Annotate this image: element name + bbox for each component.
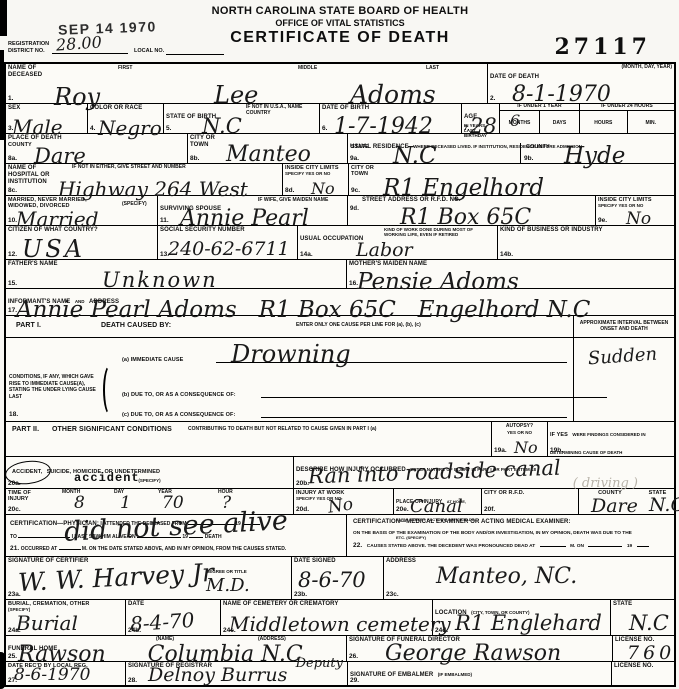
funeral-director-num: 26. (349, 653, 358, 660)
funeral-home-num: 25. (8, 653, 17, 660)
county-num: 8a. (8, 155, 17, 162)
certification-medical-examiner: CERTIFICATION—MEDICAL EXAMINER OR ACTING… (347, 515, 674, 556)
business-label: KIND OF BUSINESS OR INDUSTRY (500, 227, 672, 234)
field-manner-of-death: ACCIDENT, SUICIDE, HOMICIDE, OR UNDETERM… (6, 457, 294, 488)
occupation-sub: KIND OF WORK DONE DURING MOST OF WORKING… (384, 227, 484, 237)
embalmer-license-label: LICENSE NO. (614, 663, 672, 670)
cemetery-label: NAME OF CEMETERY OR CREMATORY (223, 601, 430, 608)
field-if-under-24-hours: IF UNDER 24 HOURS HOURS MIN. (580, 104, 674, 133)
field-certifier-address: ADDRESS 23c. Manteo, NC. (384, 557, 674, 599)
part1-body: (a) IMMEDIATE CAUSE Drowning CONDITIONS,… (6, 338, 574, 421)
field-embalmer-signature: SIGNATURE OF EMBALMER (IF EMBALMED) 29. (348, 662, 612, 685)
phys-line3: OCCURRED AT (21, 546, 57, 552)
cause-a-label: (a) IMMEDIATE CAUSE (122, 357, 183, 363)
date-received-value: 8-6-1970 (14, 667, 90, 684)
citizen-num: 12. (8, 251, 17, 258)
father-value: Unknown (102, 270, 218, 291)
month-value: 8 (74, 495, 85, 512)
age-num: 7. (464, 125, 469, 132)
part2-sub: CONTRIBUTING TO DEATH BUT NOT RELATED TO… (188, 427, 376, 433)
field-street-address: 9d. STREET ADDRESS OR R.F.D. NO. R1 Box … (348, 196, 596, 225)
manner-word-accident: ACCIDENT, (12, 469, 42, 475)
hospital-sub: IF NOT IN EITHER, GIVE STREET AND NUMBER (72, 165, 186, 171)
registrar-value: Delnoy Burrus (148, 666, 287, 685)
field-cemetery: NAME OF CEMETERY OR CREMATORY 24c. Middl… (221, 600, 433, 635)
field-injury-county: COUNTY Dare (579, 489, 641, 514)
day-value: 1 (120, 495, 131, 512)
hours-label: HOURS (594, 120, 612, 126)
findings-label: IF YES (550, 432, 568, 438)
field-inside-city-limits: INSIDE CITY LIMITS SPECIFY YES OR NO 8d.… (283, 164, 349, 195)
res-state-label: STATE (351, 144, 369, 150)
describe-value: Ran into roadside canal (308, 458, 561, 488)
field-hospital: NAME OF HOSPITAL OR INSTITUTION IF NOT I… (6, 164, 283, 195)
marital-sub: (SPECIFY) (122, 202, 147, 208)
icl-sub: SPECIFY YES OR NO (285, 171, 346, 176)
city-value: Manteo (226, 144, 311, 166)
registration-underline (52, 53, 128, 54)
address-num: 23c. (386, 591, 399, 598)
sex-label: SEX (8, 105, 85, 112)
days-cell: DAYS (540, 111, 579, 133)
field-place-of-death-county: PLACE OF DEATH COUNTY 8a. Dare (6, 134, 188, 163)
ssn-label: SOCIAL SECURITY NUMBER (160, 227, 295, 234)
manner-num: 20a. (8, 480, 21, 487)
res-county-label: COUNTY (526, 144, 550, 150)
field-sex: SEX 3. Male (6, 104, 88, 133)
part1-label: PART I. (16, 322, 41, 330)
registration-district-label: REGISTRATION DISTRICT NO. (8, 41, 54, 54)
mother-label: MOTHER'S MAIDEN NAME (349, 261, 672, 268)
place-of-injury-num: 20e. (396, 506, 409, 513)
field-informant: INFORMANT'S NAME AND ADDRESS 17. Annie P… (6, 289, 674, 315)
first-label: FIRST (118, 66, 132, 72)
burial-date-label: DATE (128, 601, 218, 608)
field-surviving-spouse: SURVIVING SPOUSE IF WIFE, GIVE MAIDEN NA… (158, 196, 348, 225)
res-city-label: CITY OR TOWN (351, 165, 377, 178)
field-registrar-signature: SIGNATURE OF REGISTRAR 28. Delnoy Burrus… (126, 662, 348, 685)
local-no-label: LOCAL NO. (134, 48, 164, 54)
res-county-num: 9b. (524, 155, 533, 162)
certifier-signature: W. W. Harvey Jr (17, 560, 214, 595)
autopsy-sub: YES OR NO (492, 430, 547, 435)
year-value: 70 (162, 495, 184, 512)
death-caused-by-label: DEATH CAUSED BY: (101, 322, 171, 330)
med-title: CERTIFICATION—MEDICAL EXAMINER OR ACTING… (349, 516, 672, 526)
street-label-text: STREET ADDRESS OR R.F.D. NO. (362, 197, 461, 204)
date-of-birth-label: DATE OF BIRTH (322, 105, 459, 112)
field-burial-state: STATE N.C (611, 600, 674, 635)
days-label: DAYS (553, 120, 566, 126)
occupation-label: USUAL OCCUPATION (300, 236, 363, 242)
embalmer-num: 29. (350, 677, 359, 684)
embalmer-sub: (IF EMBALMED) (438, 672, 472, 677)
med-num22: 22. (353, 542, 362, 549)
field-father-name: FATHER'S NAME 15. Unknown (6, 260, 347, 288)
date-signed-value: 8-6-70 (298, 570, 366, 591)
field-signature-of-certifier: SIGNATURE OF CERTIFIER DEGREE OR TITLE 2… (6, 557, 292, 599)
field-burial-type: BURIAL, CREMATION, OTHER (SPECIFY) 24a. … (6, 600, 126, 635)
field-injury-at-work: INJURY AT WORK SPECIFY YES OR NO 20d. No (294, 489, 394, 514)
field-mother-name: MOTHER'S MAIDEN NAME 16. Pensie Adoms (347, 260, 674, 288)
spouse-num: 11. (160, 217, 169, 224)
part1-instruction: ENTER ONLY ONE CAUSE PER LINE FOR (a), (… (296, 323, 421, 329)
hospital-num: 8c. (8, 187, 17, 194)
part1-header: PART I. DEATH CAUSED BY: ENTER ONLY ONE … (6, 316, 574, 337)
cause-c-line (261, 417, 567, 418)
scan-artifact (0, 0, 7, 36)
citizen-label: CITIZEN OF WHAT COUNTRY? (8, 227, 155, 234)
manner-value: accident (74, 471, 140, 485)
city-or-rfd-num: 20f. (484, 506, 495, 513)
field-name-of-deceased: NAME OF DECEASED FIRST MIDDLE LAST 1. Ro… (6, 64, 488, 103)
certificate-form: NAME OF DECEASED FIRST MIDDLE LAST 1. Ro… (4, 62, 676, 687)
injury-at-work-value: No (327, 496, 354, 516)
last-label: LAST (426, 66, 439, 72)
min-label: MIN. (645, 120, 656, 126)
place-of-death-header: PLACE OF DEATH (8, 135, 185, 142)
min-cell: MIN. (628, 111, 675, 133)
father-num: 15. (8, 280, 17, 287)
director-license-value: 760 (627, 644, 675, 663)
name-num: 1. (8, 95, 13, 102)
injury-state-value: N.C. (649, 496, 679, 515)
registrar-note: Deputy (296, 657, 343, 670)
burial-type-value: Burial (16, 613, 78, 633)
cause-b-line (261, 397, 607, 398)
burial-date-value: 8-4-70 (129, 610, 195, 634)
field-age: AGE IN YEARS LAST BIRTHDAY 7. 28 (462, 104, 500, 133)
state-of-birth-sub: IF NOT IN U.S.A., NAME COUNTRY (246, 105, 316, 117)
date-of-death-label: DATE OF DEATH (490, 74, 539, 80)
icl-num: 8d. (285, 187, 294, 194)
field-date-signed: DATE SIGNED 23b. 8-6-70 (292, 557, 384, 599)
hospital-label: NAME OF HOSPITAL OR INSTITUTION (8, 165, 64, 186)
local-no-underline (166, 54, 224, 55)
med-line2: CAUSES STATED ABOVE. THE DECEDENT WAS PR… (367, 544, 535, 549)
location-value: R1 Englehard (455, 613, 602, 634)
field-injury-state: STATE N.C. (641, 489, 674, 514)
icl-value: No (311, 181, 335, 197)
field-describe-injury: DESCRIBE HOW INJURY OCCURRED ENTER NATUR… (294, 457, 674, 488)
cemetery-value: Middletown cemetery (229, 614, 451, 634)
occupation-value: Labor (356, 241, 413, 260)
field-race: COLOR OR RACE 4. Negro (88, 104, 164, 133)
header-center: NORTH CAROLINA STATE BOARD OF HEALTH OFF… (150, 5, 530, 47)
name-label: NAME OF DECEASED (8, 65, 54, 79)
citizen-value: USA (22, 237, 85, 261)
interval-header: APPROXIMATE INTERVAL BETWEEN ONSET AND D… (576, 317, 672, 333)
date-signed-label: DATE SIGNED (294, 558, 381, 565)
field-funeral-director: SIGNATURE OF FUNERAL DIRECTOR 26. George… (347, 636, 613, 661)
cause-b-label: (b) DUE TO, OR AS A CONSEQUENCE OF: (122, 392, 236, 398)
field-director-license: LICENSE NO. 760 (613, 636, 674, 661)
city-label: CITY OR TOWN (190, 135, 220, 149)
autopsy-value: No (514, 440, 538, 456)
field-citizen: CITIZEN OF WHAT COUNTRY? 12. USA (6, 226, 158, 259)
board-title: NORTH CAROLINA STATE BOARD OF HEALTH (150, 5, 530, 17)
part2-cell: PART II. OTHER SIGNIFICANT CONDITIONS CO… (6, 422, 492, 456)
father-label: FATHER'S NAME (8, 261, 344, 268)
certificate-number: 27117 (554, 34, 651, 60)
middle-label: MIDDLE (298, 66, 317, 72)
field-place-of-death-city: CITY OR TOWN 8b. Manteo (188, 134, 348, 163)
business-num: 14b. (500, 251, 513, 258)
race-num: 4. (90, 125, 95, 132)
months-value: 6 (510, 113, 520, 129)
city-or-rfd-label: CITY OR R.F.D. (484, 490, 576, 496)
field-autopsy-findings: IF YES WERE FINDINGS CONSIDERED IN DETER… (548, 422, 674, 456)
registrar-num: 28. (128, 677, 137, 684)
certification-physician: CERTIFICATION—PHYSICIAN: I ATTENDED THE … (6, 515, 347, 556)
field-if-under-1-year: IF UNDER 1 YEAR MONTHS 6 DAYS (500, 104, 580, 133)
degree-value: M.D. (206, 577, 250, 595)
field-business: KIND OF BUSINESS OR INDUSTRY 14b. (498, 226, 674, 259)
phys-line2: TO (10, 534, 17, 540)
field-autopsy: AUTOPSY? YES OR NO 19a. No (492, 422, 548, 456)
ssn-value: 240-62-6711 (168, 240, 290, 259)
cause-a-value: Drowning (231, 342, 351, 366)
place-of-injury-value: Canal (410, 498, 463, 516)
cause-c-label: (c) DUE TO, OR AS A CONSEQUENCE OF: (122, 412, 235, 418)
part2-label: PART II. (12, 426, 39, 434)
phys-num21: 21. (10, 545, 19, 552)
date-of-death-num: 2. (490, 95, 495, 102)
field-usual-residence: USUAL RESIDENCE WHERE DECEASED LIVED. IF… (348, 134, 674, 163)
field-inside-city-limits-2: INSIDE CITY LIMITS SPECIFY YES OR NO 9e.… (596, 196, 674, 225)
residence-divider (520, 143, 521, 163)
date-of-death-sub: (MONTH, DAY, YEAR) (621, 65, 672, 71)
injury-at-work-num: 20d. (296, 506, 309, 513)
describe-num: 20b. (296, 480, 309, 487)
injury-county-value: Dare (591, 497, 638, 516)
field-state-of-birth: STATE OF BIRTH IF NOT IN U.S.A., NAME CO… (164, 104, 320, 133)
spouse-sub: IF WIFE, GIVE MAIDEN NAME (258, 198, 328, 204)
page-title: CERTIFICATE OF DEATH (150, 29, 530, 47)
field-date-received: DATE REC'D BY LOCAL REG. 27. 8-6-1970 (6, 662, 126, 685)
usual-residence-sub: WHERE DECEASED LIVED. IF INSTITUTION, RE… (413, 144, 582, 149)
burial-state-value: N.C (629, 613, 669, 634)
findings-num: 19b. (550, 447, 563, 454)
interval-value-cell: Sudden (574, 338, 674, 421)
field-date-of-death: DATE OF DEATH (MONTH, DAY, YEAR) 2. 8-1-… (488, 64, 674, 103)
embalmer-label: SIGNATURE OF EMBALMER (350, 672, 433, 678)
city-num: 8b. (190, 155, 199, 162)
death-certificate-scan: SEP 14 1970 REGISTRATION DISTRICT NO. 28… (0, 0, 679, 689)
field-residence-city: CITY OR TOWN 9c. R1 Engelhord (349, 164, 674, 195)
address-value: Manteo, NC. (436, 566, 577, 588)
autopsy-num: 19a. (494, 447, 507, 454)
time-of-injury-label: TIME OF INJURY (8, 490, 38, 503)
field-date-of-birth: DATE OF BIRTH 6. 1-7-1942 (320, 104, 462, 133)
icl2-num: 9e. (598, 217, 607, 224)
field-occupation: USUAL OCCUPATION KIND OF WORK DONE DURIN… (298, 226, 498, 259)
burial-state-label: STATE (613, 601, 672, 608)
date-of-birth-num: 6. (322, 125, 327, 132)
field-ssn: SOCIAL SECURITY NUMBER 13. 240-62-6711 (158, 226, 298, 259)
icl2-sub: SPECIFY YES OR NO (598, 203, 672, 208)
cause-c-num: 18. (9, 411, 18, 418)
date-signed-num: 23b. (294, 591, 307, 598)
hours-cell: HOURS (580, 111, 628, 133)
field-burial-date: DATE 24b. 8-4-70 (126, 600, 221, 635)
field-place-of-injury: PLACE OF INJURY AT HOME, FARM, STREET, F… (394, 489, 482, 514)
time-of-injury-num: 20c. (8, 506, 21, 513)
street-label: 9d. (350, 206, 359, 212)
registration-district-value: 28.00 (55, 34, 102, 53)
interval-header-cell: APPROXIMATE INTERVAL BETWEEN ONSET AND D… (574, 316, 674, 337)
autopsy-label: AUTOPSY? (492, 422, 547, 430)
field-marital-status: MARRIED, NEVER MARRIED, WIDOWED, DIVORCE… (6, 196, 158, 225)
occupation-num: 14a. (300, 251, 313, 258)
office-title: OFFICE OF VITAL STATISTICS (150, 18, 530, 28)
interval-value: Sudden (587, 346, 657, 369)
months-cell: MONTHS 6 (500, 111, 540, 133)
race-label: COLOR OR RACE (90, 105, 161, 112)
state-of-birth-num: 5. (166, 125, 171, 132)
manner-sub: (SPECIFY) (8, 478, 291, 483)
res-state-num: 9a. (350, 155, 359, 162)
field-embalmer-license: LICENSE NO. (612, 662, 674, 685)
field-city-or-rfd: CITY OR R.F.D. 20f. (482, 489, 579, 514)
part2-title: OTHER SIGNIFICANT CONDITIONS (52, 426, 172, 434)
field-burial-location: LOCATION (CITY, TOWN, OR COUNTY) 24d. R1… (433, 600, 611, 635)
res-city-num: 9c. (351, 187, 360, 194)
